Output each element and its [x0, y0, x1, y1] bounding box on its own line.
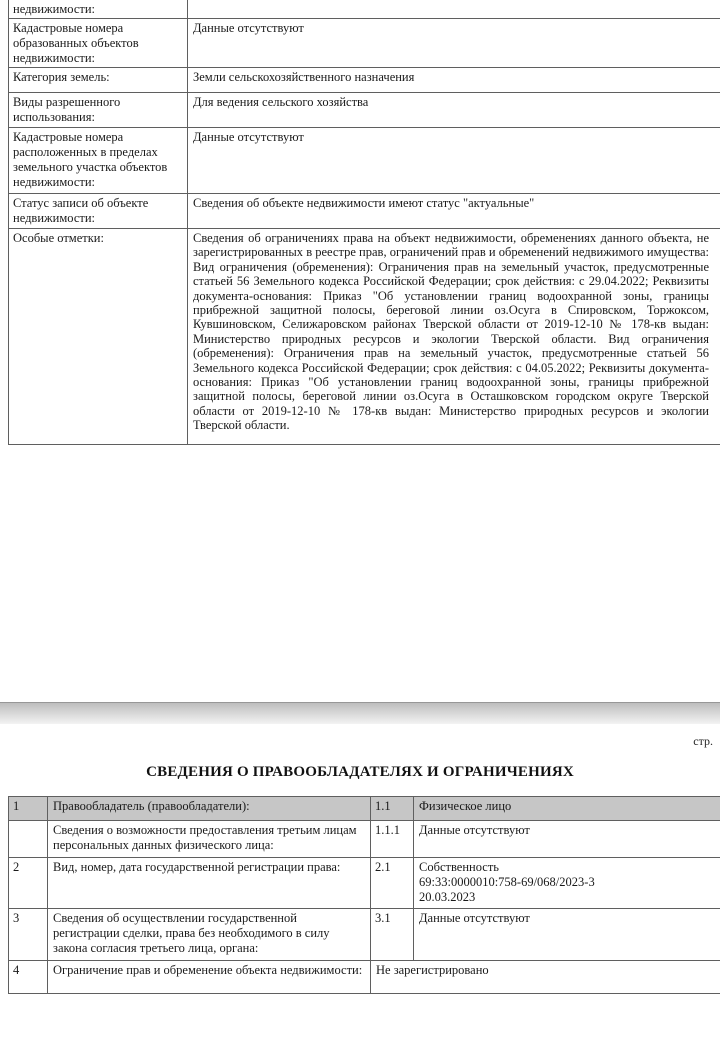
row-value: Данные отсутствуют — [188, 128, 720, 194]
row-value: Данные отсутствуют — [188, 19, 720, 68]
row-value: Данные отсутствуют — [414, 909, 720, 961]
table-row: 1 Правообладатель (правообладатели): 1.1… — [9, 797, 720, 821]
row-label: Вид, номер, дата государственной регистр… — [48, 858, 371, 909]
row-number: 4 — [9, 961, 48, 994]
row-value: Сведения об ограничениях права на объект… — [188, 229, 720, 445]
table-row: 3 Сведения об осуществлении государствен… — [9, 909, 720, 961]
row-subnumber: 1.1.1 — [371, 821, 414, 858]
row-label: Статус записи об объекте недвижимости: — [9, 194, 188, 229]
row-number: 2 — [9, 858, 48, 909]
row-number: 1 — [9, 797, 48, 821]
row-label: Ограничение прав и обременение объекта н… — [48, 961, 371, 994]
row-subnumber: 2.1 — [371, 858, 414, 909]
rights-table: 1 Правообладатель (правообладатели): 1.1… — [8, 796, 720, 994]
section-title: СВЕДЕНИЯ О ПРАВООБЛАДАТЕЛЯХ И ОГРАНИЧЕНИ… — [0, 764, 720, 781]
row-label: Виды разрешенного использования: — [9, 93, 188, 128]
row-value: Земли сельскохозяйственного назначения — [188, 68, 720, 93]
table-row: Категория земель: Земли сельскохозяйстве… — [9, 68, 720, 93]
document-page: недвижимости: Кадастровые номера образов… — [0, 0, 720, 1043]
table-row: Особые отметки: Сведения об ограничениях… — [9, 229, 720, 445]
row-number: 3 — [9, 909, 48, 961]
row-label: недвижимости: — [9, 0, 188, 19]
row-label: Правообладатель (правообладатели): — [48, 797, 371, 821]
row-value: Собственность 69:33:0000010:758-69/068/2… — [414, 858, 720, 909]
table-row: Статус записи об объекте недвижимости: С… — [9, 194, 720, 229]
row-label: Сведения об осуществлении государственно… — [48, 909, 371, 961]
special-marks-text: Сведения об ограничениях права на объект… — [193, 231, 709, 433]
table-row: Кадастровые номера расположенных в преде… — [9, 128, 720, 194]
row-subnumber: 3.1 — [371, 909, 414, 961]
page-number-label: стр. — [693, 734, 713, 749]
row-label: Сведения о возможности предоставления тр… — [48, 821, 371, 858]
row-subnumber: 1.1 — [371, 797, 414, 821]
table-row: 4 Ограничение прав и обременение объекта… — [9, 961, 720, 994]
page-break-band — [0, 702, 720, 724]
table-row: Кадастровые номера образованных объектов… — [9, 19, 720, 68]
row-label: Категория земель: — [9, 68, 188, 93]
table-row: 2 Вид, номер, дата государственной регис… — [9, 858, 720, 909]
table-row: Сведения о возможности предоставления тр… — [9, 821, 720, 858]
row-label: Кадастровые номера образованных объектов… — [9, 19, 188, 68]
row-label: Кадастровые номера расположенных в преде… — [9, 128, 188, 194]
row-label: Особые отметки: — [9, 229, 188, 445]
table-row: недвижимости: — [9, 0, 720, 19]
row-value: Сведения об объекте недвижимости имеют с… — [188, 194, 720, 229]
row-value: Не зарегистрировано — [371, 961, 720, 994]
row-value: Данные отсутствуют — [414, 821, 720, 858]
table-row: Виды разрешенного использования: Для вед… — [9, 93, 720, 128]
row-value: Для ведения сельского хозяйства — [188, 93, 720, 128]
object-info-table: недвижимости: Кадастровые номера образов… — [8, 0, 720, 445]
row-value: Физическое лицо — [414, 797, 720, 821]
row-number — [9, 821, 48, 858]
row-value — [188, 0, 720, 19]
